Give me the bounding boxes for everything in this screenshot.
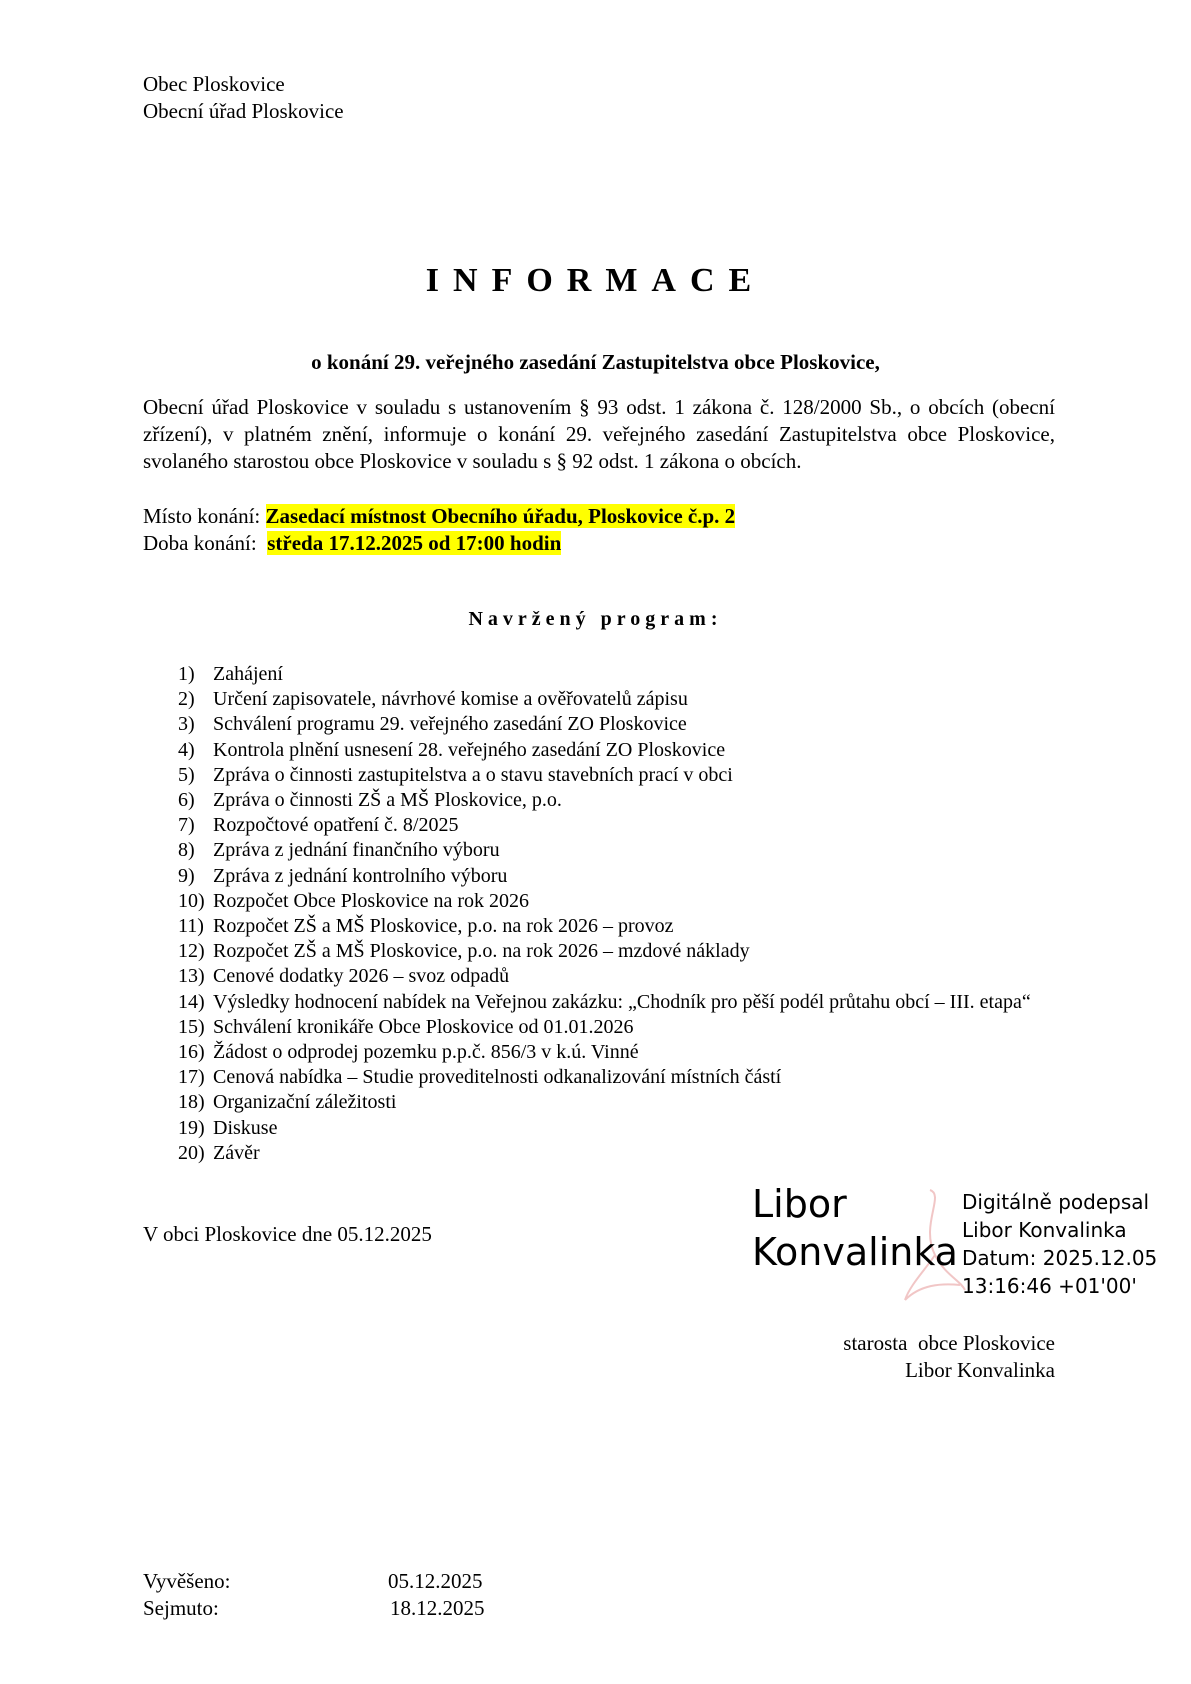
agenda-item: 17)Cenová nabídka – Studie proveditelnos… <box>178 1065 1058 1090</box>
agenda-item: 2)Určení zapisovatele, návrhové komise a… <box>178 687 1058 712</box>
agenda-item-number: 8) <box>178 838 213 863</box>
agenda-list: 1)Zahájení2)Určení zapisovatele, návrhov… <box>178 662 1058 1166</box>
agenda-item-number: 11) <box>178 914 213 939</box>
agenda-item: 8)Zpráva z jednání finančního výboru <box>178 838 1058 863</box>
agenda-item-text: Zpráva z jednání finančního výboru <box>213 838 1058 863</box>
agenda-item: 10)Rozpočet Obce Ploskovice na rok 2026 <box>178 889 1058 914</box>
agenda-item-text: Cenové dodatky 2026 – svoz odpadů <box>213 964 1058 989</box>
agenda-item-text: Kontrola plnění usnesení 28. veřejného z… <box>213 738 1058 763</box>
agenda-item-text: Určení zapisovatele, návrhové komise a o… <box>213 687 1058 712</box>
agenda-item-text: Rozpočet Obce Ploskovice na rok 2026 <box>213 889 1058 914</box>
signature-first-name: Libor <box>752 1180 958 1228</box>
posted-row: Vyvěšeno: 05.12.2025 <box>143 1568 485 1595</box>
agenda-item-number: 3) <box>178 712 213 737</box>
agenda-item: 6)Zpráva o činnosti ZŠ a MŠ Ploskovice, … <box>178 788 1058 813</box>
agenda-item-number: 16) <box>178 1040 213 1065</box>
agenda-item-text: Zpráva o činnosti ZŠ a MŠ Ploskovice, p.… <box>213 788 1058 813</box>
agenda-item-number: 15) <box>178 1015 213 1040</box>
agenda-item: 9)Zpráva z jednání kontrolního výboru <box>178 864 1058 889</box>
agenda-item-number: 17) <box>178 1065 213 1090</box>
agenda-item: 16)Žádost o odprodej pozemku p.p.č. 856/… <box>178 1040 1058 1065</box>
agenda-item-text: Zpráva z jednání kontrolního výboru <box>213 864 1058 889</box>
place-date: V obci Ploskovice dne 05.12.2025 <box>143 1221 432 1248</box>
agenda-item-number: 12) <box>178 939 213 964</box>
agenda-item-number: 2) <box>178 687 213 712</box>
agenda-item: 3)Schválení programu 29. veřejného zased… <box>178 712 1058 737</box>
signature-info: Digitálně podepsal Libor Konvalinka Datu… <box>962 1188 1157 1300</box>
signatory-role: starosta obce Ploskovice Libor Konvalink… <box>780 1330 1055 1384</box>
agenda-item-text: Zpráva o činnosti zastupitelstva a o sta… <box>213 763 1058 788</box>
agenda-item-number: 1) <box>178 662 213 687</box>
agenda-item-text: Závěr <box>213 1141 1058 1166</box>
agenda-item: 12)Rozpočet ZŠ a MŠ Ploskovice, p.o. na … <box>178 939 1058 964</box>
agenda-item: 5)Zpráva o činnosti zastupitelstva a o s… <box>178 763 1058 788</box>
agenda-item-number: 6) <box>178 788 213 813</box>
signature-info-line: 13:16:46 +01'00' <box>962 1272 1157 1300</box>
agenda-item-number: 4) <box>178 738 213 763</box>
agenda-item-text: Žádost o odprodej pozemku p.p.č. 856/3 v… <box>213 1040 1058 1065</box>
venue-label: Místo konání: <box>143 504 266 528</box>
agenda-item: 14)Výsledky hodnocení nabídek na Veřejno… <box>178 990 1058 1015</box>
removed-label: Sejmuto: <box>143 1595 388 1622</box>
agenda-item: 20)Závěr <box>178 1141 1058 1166</box>
agenda-item-number: 13) <box>178 964 213 989</box>
document-title: INFORMACE <box>0 262 1191 300</box>
agenda-item: 1)Zahájení <box>178 662 1058 687</box>
posted-date: 05.12.2025 <box>388 1568 483 1595</box>
removed-date: 18.12.2025 <box>388 1595 485 1622</box>
role-name: Libor Konvalinka <box>780 1357 1055 1384</box>
agenda-item-text: Organizační záležitosti <box>213 1090 1058 1115</box>
agenda-item-number: 9) <box>178 864 213 889</box>
agenda-item-text: Výsledky hodnocení nabídek na Veřejnou z… <box>213 990 1058 1015</box>
time-value: středa 17.12.2025 od 17:00 hodin <box>267 531 561 555</box>
signature-name: Libor Konvalinka <box>752 1180 958 1276</box>
agenda-item: 4)Kontrola plnění usnesení 28. veřejného… <box>178 738 1058 763</box>
agenda-item-text: Rozpočtové opatření č. 8/2025 <box>213 813 1058 838</box>
program-title: Navržený program: <box>0 608 1191 631</box>
municipality-name: Obec Ploskovice <box>143 71 344 98</box>
agenda-item-text: Rozpočet ZŠ a MŠ Ploskovice, p.o. na rok… <box>213 939 1058 964</box>
agenda-item-number: 10) <box>178 889 213 914</box>
agenda-item: 13)Cenové dodatky 2026 – svoz odpadů <box>178 964 1058 989</box>
agenda-item-text: Rozpočet ZŠ a MŠ Ploskovice, p.o. na rok… <box>213 914 1058 939</box>
agenda-item-text: Cenová nabídka – Studie proveditelnosti … <box>213 1065 1058 1090</box>
role-title: starosta obce Ploskovice <box>780 1330 1055 1357</box>
posting-info: Vyvěšeno: 05.12.2025 Sejmuto: 18.12.2025 <box>143 1568 485 1622</box>
agenda-item: 11)Rozpočet ZŠ a MŠ Ploskovice, p.o. na … <box>178 914 1058 939</box>
agenda-item-number: 7) <box>178 813 213 838</box>
time-line: Doba konání: středa 17.12.2025 od 17:00 … <box>143 530 561 557</box>
office-name: Obecní úřad Ploskovice <box>143 98 344 125</box>
agenda-item-text: Zahájení <box>213 662 1058 687</box>
intro-paragraph: Obecní úřad Ploskovice v souladu s ustan… <box>143 394 1055 475</box>
signature-last-name: Konvalinka <box>752 1228 958 1276</box>
document-subtitle: o konání 29. veřejného zasedání Zastupit… <box>0 350 1191 375</box>
agenda-item-text: Diskuse <box>213 1116 1058 1141</box>
venue-value: Zasedací místnost Obecního úřadu, Plosko… <box>266 504 736 528</box>
time-label: Doba konání: <box>143 531 267 555</box>
agenda-item: 7)Rozpočtové opatření č. 8/2025 <box>178 813 1058 838</box>
agenda-item-number: 5) <box>178 763 213 788</box>
agenda-item: 19)Diskuse <box>178 1116 1058 1141</box>
issuer-header: Obec Ploskovice Obecní úřad Ploskovice <box>143 71 344 125</box>
agenda-item-text: Schválení programu 29. veřejného zasedán… <box>213 712 1058 737</box>
agenda-item-number: 14) <box>178 990 213 1015</box>
removed-row: Sejmuto: 18.12.2025 <box>143 1595 485 1622</box>
signature-info-line: Digitálně podepsal <box>962 1188 1157 1216</box>
venue-line: Místo konání: Zasedací místnost Obecního… <box>143 503 735 530</box>
agenda-item: 15)Schválení kronikáře Obce Ploskovice o… <box>178 1015 1058 1040</box>
agenda-item-number: 18) <box>178 1090 213 1115</box>
agenda-item: 18)Organizační záležitosti <box>178 1090 1058 1115</box>
agenda-item-number: 19) <box>178 1116 213 1141</box>
agenda-item-text: Schválení kronikáře Obce Ploskovice od 0… <box>213 1015 1058 1040</box>
agenda-item-number: 20) <box>178 1141 213 1166</box>
signature-info-line: Libor Konvalinka <box>962 1216 1157 1244</box>
signature-info-line: Datum: 2025.12.05 <box>962 1244 1157 1272</box>
posted-label: Vyvěšeno: <box>143 1568 388 1595</box>
